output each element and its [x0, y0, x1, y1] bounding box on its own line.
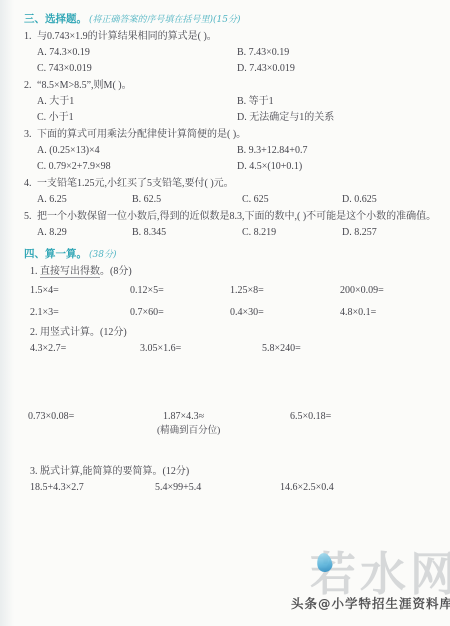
mental-math-item: 200×0.09= — [340, 280, 440, 302]
question-5: 5. 把一个小数保留一位小数后,得到的近似数是8.3,下面的数中,( )不可能是… — [24, 208, 440, 241]
vertical-calc-item: 1.87×4.3≈ — [163, 411, 204, 422]
option-1-d: D. 7.43×0.019 — [237, 61, 440, 77]
calc-sub2-number: 2. — [30, 327, 40, 338]
question-5-text: 把一个小数保留一位小数后,得到的近似数是8.3,下面的数中,( )不可能是这个小… — [37, 208, 440, 225]
question-3-number: 3. — [24, 126, 37, 143]
calc-sub1-number: 1. — [30, 266, 40, 277]
option-2-b: B. 等于1 — [237, 94, 440, 110]
vertical-calc-item: 4.3×2.7= — [30, 341, 140, 357]
section-calc-header: 四、算一算。(38分) — [24, 245, 440, 263]
question-3-options: A. (0.25×13)×4 B. 9.3+12.84+0.7 C. 0.79×… — [24, 143, 440, 175]
watermark: 若水网 头条@小学特招生涯资料库 — [220, 540, 450, 620]
option-2-c: C. 小于1 — [37, 110, 237, 126]
option-1-b: B. 7.43×0.19 — [237, 45, 440, 61]
section-choice-header: 三、选择题。(将正确答案的序号填在括号里)(15分) — [24, 10, 440, 28]
calc-sub3-number: 3. — [30, 466, 40, 477]
question-4-text: 一支铅笔1.25元,小红买了5支铅笔,要付( )元。 — [37, 175, 440, 192]
option-1-c: C. 743×0.019 — [37, 61, 237, 77]
option-4-b: B. 62.5 — [132, 192, 242, 208]
mental-math-item: 1.25×8= — [230, 280, 340, 302]
vertical-calc-item-with-note: 1.87×4.3≈(精确到百分位) — [163, 409, 290, 438]
section-calc-subtitle: (38分) — [89, 250, 116, 260]
option-4-d: D. 0.625 — [342, 192, 440, 208]
option-4-c: C. 625 — [242, 192, 342, 208]
option-5-b: B. 8.345 — [132, 225, 242, 241]
calc-sub3-score: 。(12分) — [153, 466, 190, 477]
question-1-text: 与0.743×1.9的计算结果相同的算式是( )。 — [37, 28, 440, 45]
vertical-calc-item: 3.05×1.6= — [140, 341, 262, 357]
mental-math-item: 0.12×5= — [130, 280, 230, 302]
water-drop-icon — [315, 552, 333, 573]
step-calc-item: 14.6×2.5×0.4 — [280, 480, 440, 496]
calc-sub2-title: 用竖式计算 — [40, 327, 90, 338]
option-5-a: A. 8.29 — [37, 225, 132, 241]
mental-math-item: 4.8×0.1= — [340, 302, 440, 324]
vertical-calc-item: 0.73×0.08= — [28, 409, 163, 438]
vertical-calc-row-2: 0.73×0.08= 1.87×4.3≈(精确到百分位) 6.5×0.18= — [24, 409, 440, 438]
option-3-a: A. (0.25×13)×4 — [37, 143, 237, 159]
mental-math-row-2: 2.1×3= 0.7×60= 0.4×30= 4.8×0.1= — [24, 302, 440, 324]
question-3-text: 下面的算式可用乘法分配律使计算简便的是( )。 — [37, 126, 440, 143]
question-2-options: A. 大于1 B. 等于1 C. 小于1 D. 无法确定与1的关系 — [24, 94, 440, 126]
vertical-calc-row-1: 4.3×2.7= 3.05×1.6= 5.8×240= — [24, 341, 440, 357]
step-calc-row: 18.5+4.3×2.7 5.4×99+5.4 14.6×2.5×0.4 — [24, 480, 440, 496]
mental-math-item: 0.7×60= — [130, 302, 230, 324]
calc-sub1-score: 。(8分) — [100, 266, 132, 277]
mental-math-item: 0.4×30= — [230, 302, 340, 324]
worksheet-content: 三、选择题。(将正确答案的序号填在括号里)(15分) 1. 与0.743×1.9… — [0, 0, 450, 496]
calc-sub3-label: 3. 脱式计算,能简算的要简算。(12分) — [24, 463, 440, 480]
question-3: 3. 下面的算式可用乘法分配律使计算简便的是( )。 A. (0.25×13)×… — [24, 126, 440, 175]
workspace-blank — [24, 357, 440, 409]
option-4-a: A. 6.25 — [37, 192, 132, 208]
calc-sub1: 1. 直接写出得数。(8分) 1.5×4= 0.12×5= 1.25×8= 20… — [24, 263, 440, 324]
mental-math-row-1: 1.5×4= 0.12×5= 1.25×8= 200×0.09= — [24, 280, 440, 302]
calc-sub2: 2. 用竖式计算。(12分) 4.3×2.7= 3.05×1.6= 5.8×24… — [24, 324, 440, 463]
step-calc-item: 5.4×99+5.4 — [155, 480, 280, 496]
vertical-calc-item: 5.8×240= — [262, 341, 440, 357]
option-3-d: D. 4.5×(10+0.1) — [237, 159, 440, 175]
option-3-b: B. 9.3+12.84+0.7 — [237, 143, 440, 159]
option-2-a: A. 大于1 — [37, 94, 237, 110]
workspace-blank — [24, 438, 440, 463]
mental-math-item: 1.5×4= — [30, 280, 130, 302]
calc-sub1-title: 直接写出得数 — [40, 266, 100, 278]
section-choice-title: 三、选择题。 — [24, 13, 87, 25]
question-2-text: “8.5×M>8.5”,则M( )。 — [37, 77, 440, 94]
question-2-number: 2. — [24, 77, 37, 94]
calc-sub3-title: 脱式计算,能简算的要简算 — [40, 466, 153, 477]
question-5-number: 5. — [24, 208, 37, 225]
option-5-d: D. 8.257 — [342, 225, 440, 241]
option-1-a: A. 74.3×0.19 — [37, 45, 237, 61]
option-5-c: C. 8.219 — [242, 225, 342, 241]
question-2: 2. “8.5×M>8.5”,则M( )。 A. 大于1 B. 等于1 C. 小… — [24, 77, 440, 126]
watermark-caption: 头条@小学特招生涯资料库 — [291, 594, 450, 612]
step-calc-item: 18.5+4.3×2.7 — [30, 480, 155, 496]
mental-math-item: 2.1×3= — [30, 302, 130, 324]
question-1: 1. 与0.743×1.9的计算结果相同的算式是( )。 A. 74.3×0.1… — [24, 28, 440, 77]
question-5-options: A. 8.29 B. 8.345 C. 8.219 D. 8.257 — [24, 225, 440, 241]
calc-sub2-label: 2. 用竖式计算。(12分) — [24, 324, 440, 341]
question-4-number: 4. — [24, 175, 37, 192]
question-1-options: A. 74.3×0.19 B. 7.43×0.19 C. 743×0.019 D… — [24, 45, 440, 77]
watermark-logo-text: 若水网 — [310, 538, 450, 604]
question-4: 4. 一支铅笔1.25元,小红买了5支铅笔,要付( )元。 A. 6.25 B.… — [24, 175, 440, 208]
worksheet-page: 三、选择题。(将正确答案的序号填在括号里)(15分) 1. 与0.743×1.9… — [0, 0, 450, 626]
question-4-options: A. 6.25 B. 62.5 C. 625 D. 0.625 — [24, 192, 440, 208]
vertical-calc-item: 6.5×0.18= — [290, 409, 440, 438]
calc-sub1-label: 1. 直接写出得数。(8分) — [24, 263, 440, 280]
option-3-c: C. 0.79×2+7.9×98 — [37, 159, 237, 175]
precision-note: (精确到百分位) — [157, 425, 290, 438]
question-1-number: 1. — [24, 28, 37, 45]
option-2-d: D. 无法确定与1的关系 — [237, 110, 440, 126]
section-choice-subtitle: (将正确答案的序号填在括号里)(15分) — [89, 15, 241, 25]
calc-sub3: 3. 脱式计算,能简算的要简算。(12分) 18.5+4.3×2.7 5.4×9… — [24, 463, 440, 496]
section-calc-title: 四、算一算。 — [24, 248, 87, 260]
calc-sub2-score: 。(12分) — [90, 327, 127, 338]
